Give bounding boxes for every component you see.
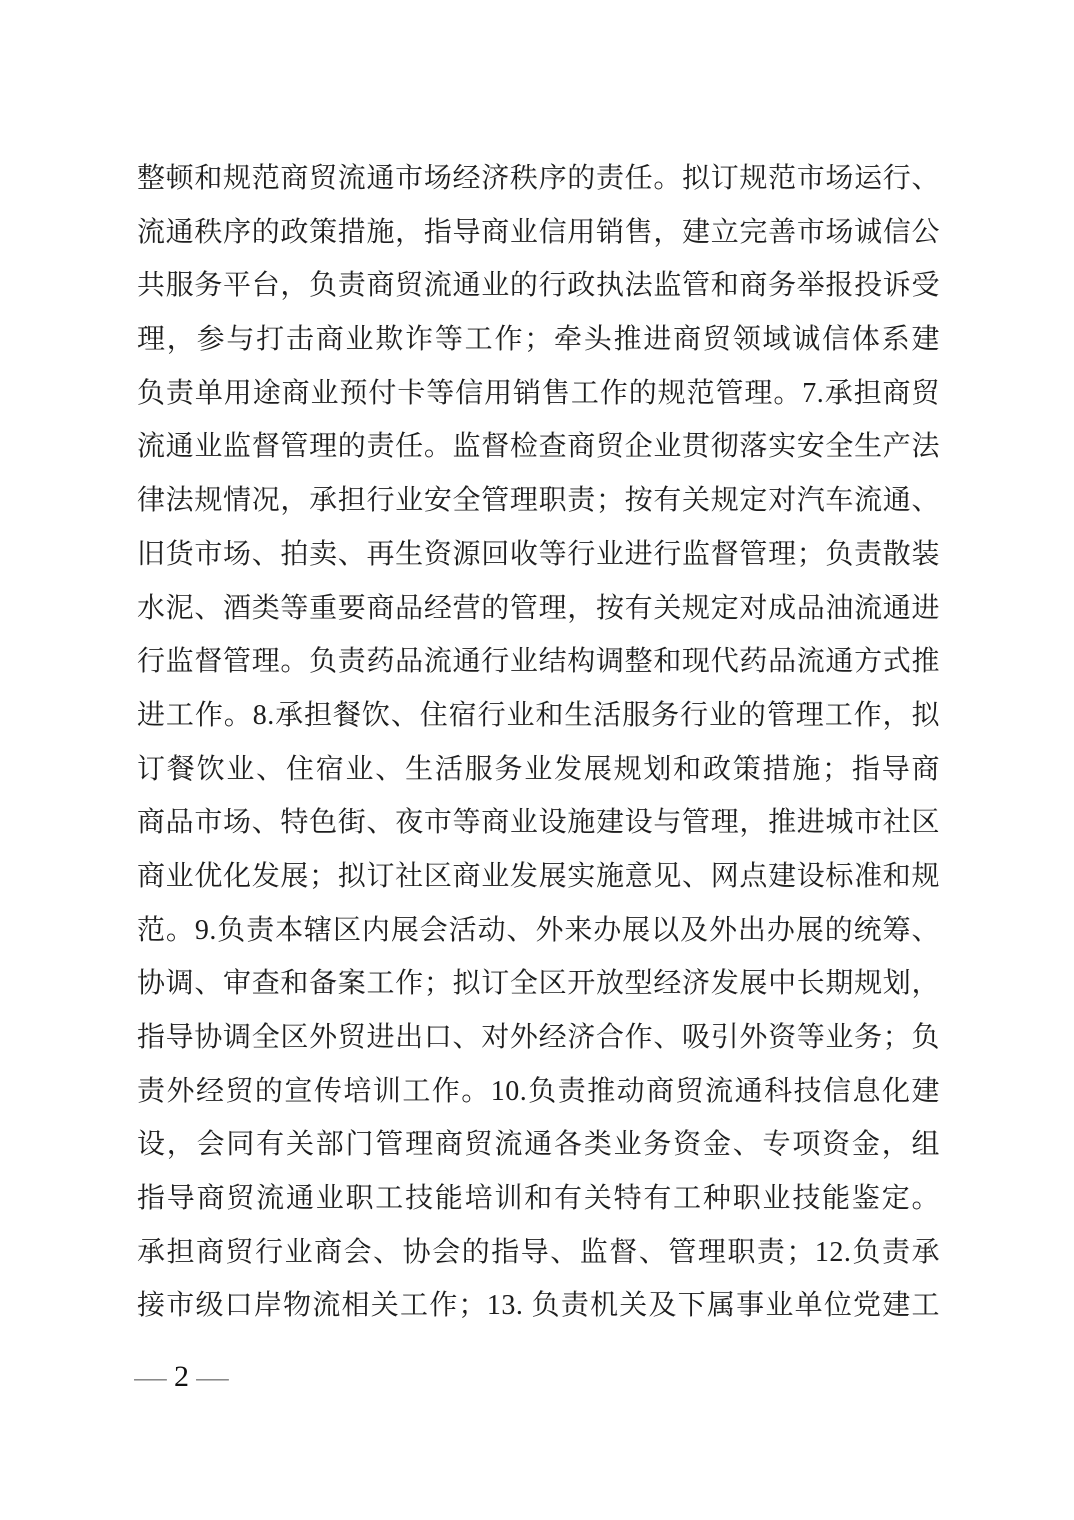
text-line: 商业优化发展；拟订社区商业发展实施意见、网点建设标准和规 xyxy=(137,850,940,904)
text-line: 行监督管理。负责药品流通行业结构调整和现代药品流通方式推 xyxy=(137,635,940,689)
text-line: 流通秩序的政策措施，指导商业信用销售，建立完善市场诚信公 xyxy=(137,206,940,260)
text-line: 指导商贸流通业职工技能培训和有关特有工种职业技能鉴定。11. xyxy=(137,1172,940,1226)
text-line: 订餐饮业、住宿业、生活服务业发展规划和政策措施；指导商圈、 xyxy=(137,743,940,797)
text-line: 指导协调全区外贸进出口、对外经济合作、吸引外资等业务；负 xyxy=(137,1011,940,1065)
text-line: 进工作。8.承担餐饮、住宿行业和生活服务行业的管理工作，拟 xyxy=(137,689,940,743)
text-line: 律法规情况，承担行业安全管理职责；按有关规定对汽车流通、 xyxy=(137,474,940,528)
text-line: 共服务平台，负责商贸流通业的行政执法监管和商务举报投诉受 xyxy=(137,259,940,313)
page-number-dash-right: — xyxy=(196,1362,228,1393)
text-line: 责外经贸的宣传培训工作。10.负责推动商贸流通科技信息化建 xyxy=(137,1065,940,1119)
text-line: 水泥、酒类等重要商品经营的管理，按有关规定对成品油流通进 xyxy=(137,582,940,636)
page-number: — 2 — xyxy=(137,1352,226,1402)
text-line: 范。9.负责本辖区内展会活动、外来办展以及外出办展的统筹、 xyxy=(137,904,940,958)
text-line: 设，会同有关部门管理商贸流通各类业务资金、专项资金，组织、 xyxy=(137,1118,940,1172)
document-page: 整顿和规范商贸流通市场经济秩序的责任。拟订规范市场运行、 流通秩序的政策措施，指… xyxy=(0,0,1074,1520)
text-line: 协调、审查和备案工作；拟订全区开放型经济发展中长期规划， xyxy=(137,957,940,1011)
text-line: 负责单用途商业预付卡等信用销售工作的规范管理。7.承担商贸 xyxy=(137,367,940,421)
page-number-value: 2 xyxy=(174,1360,189,1394)
text-line: 流通业监督管理的责任。监督检查商贸企业贯彻落实安全生产法 xyxy=(137,420,940,474)
text-line: 整顿和规范商贸流通市场经济秩序的责任。拟订规范市场运行、 xyxy=(137,152,940,206)
text-line: 旧货市场、拍卖、再生资源回收等行业进行监督管理；负责散装 xyxy=(137,528,940,582)
text-line: 商品市场、特色街、夜市等商业设施建设与管理，推进城市社区 xyxy=(137,796,940,850)
document-body-text: 整顿和规范商贸流通市场经济秩序的责任。拟订规范市场运行、 流通秩序的政策措施，指… xyxy=(137,152,940,1333)
text-line: 理，参与打击商业欺诈等工作；牵头推进商贸领域诚信体系建设， xyxy=(137,313,940,367)
text-line: 承担商贸行业商会、协会的指导、监督、管理职责；12.负责承 xyxy=(137,1226,940,1280)
text-line: 接市级口岸物流相关工作；13. 负责机关及下属事业单位党建工 xyxy=(137,1279,940,1333)
page-number-dash-left: — xyxy=(134,1362,166,1393)
